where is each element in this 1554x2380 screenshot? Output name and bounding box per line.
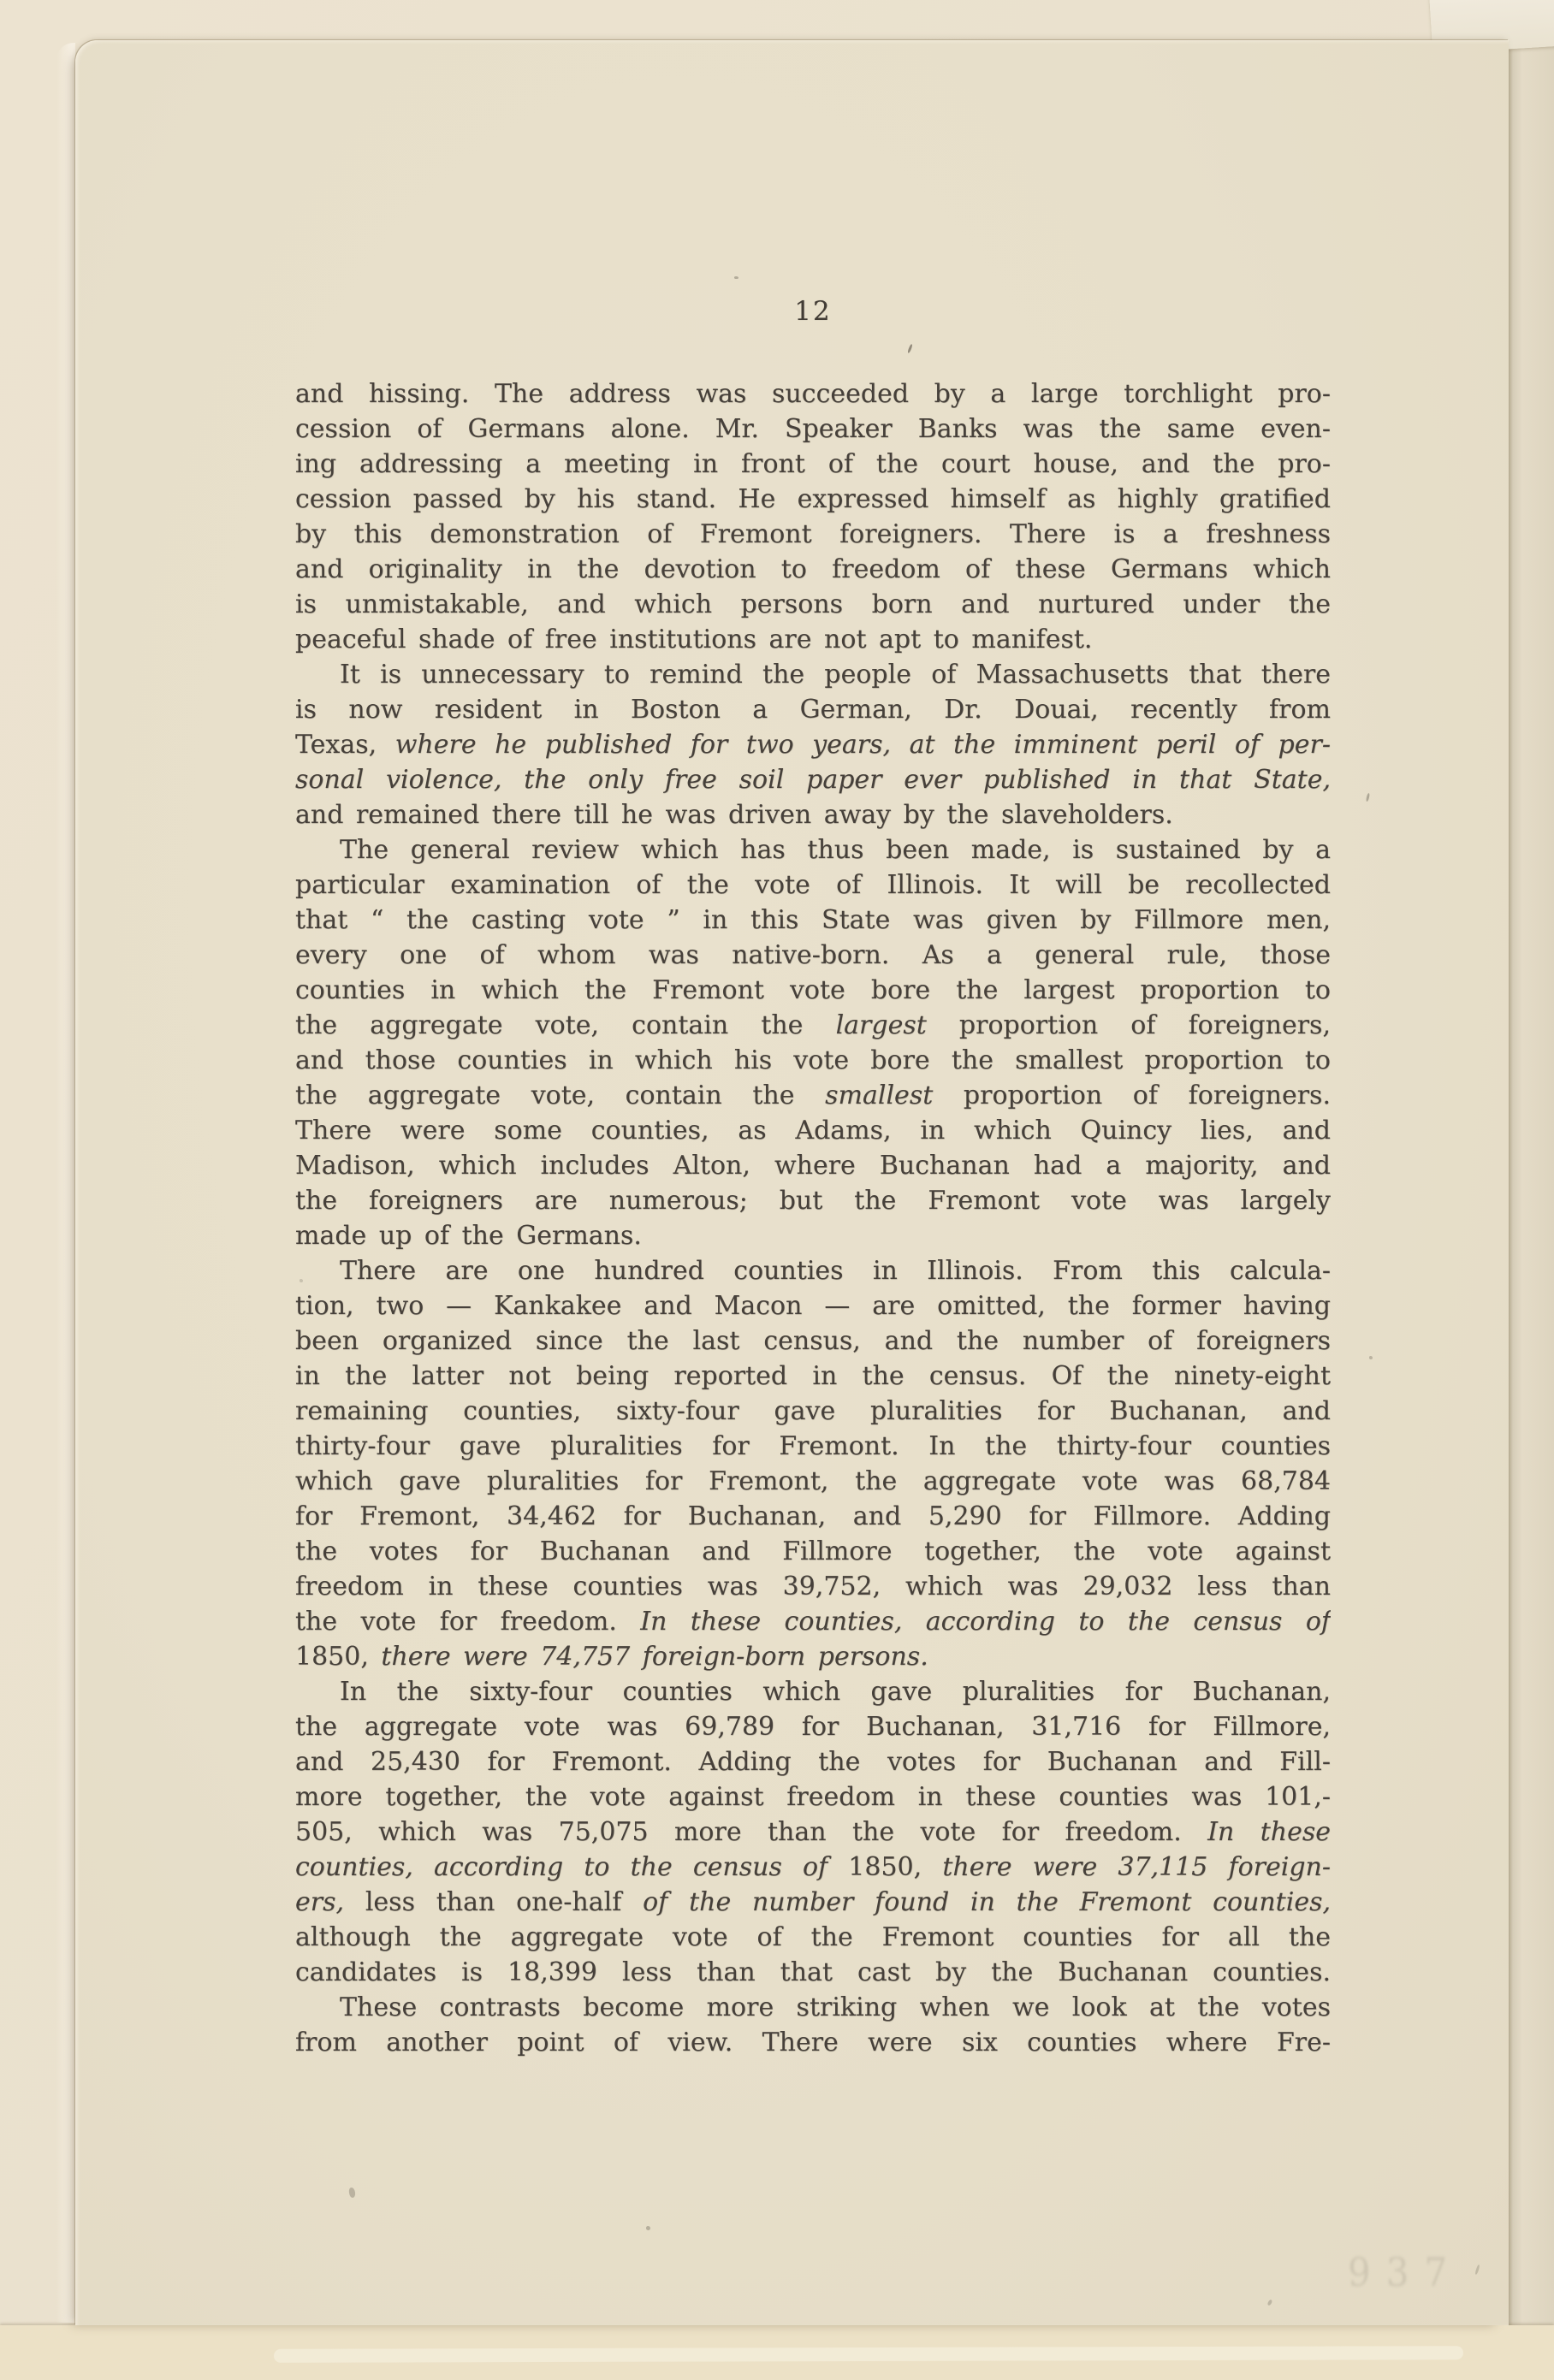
text-segment: less than one-half xyxy=(365,1887,643,1917)
italic-text-segment: smallest xyxy=(825,1080,933,1110)
text-segment: the foreigners are numerous; but the Fre… xyxy=(295,1186,1331,1216)
text-line: counties, according to the census of 185… xyxy=(295,1850,1331,1885)
text-line: the aggregate vote, contain the largest … xyxy=(295,1008,1331,1043)
text-line: the aggregate vote was 69,789 for Buchan… xyxy=(295,1709,1331,1744)
dust-speck xyxy=(646,2226,650,2230)
text-segment: made up of the Germans. xyxy=(295,1221,642,1251)
text-line: There are one hundred counties in Illino… xyxy=(295,1253,1331,1288)
text-segment: particular examination of the vote of Il… xyxy=(295,870,1331,900)
dust-speck xyxy=(1267,2299,1273,2306)
italic-text-segment: where he published for two years, at the… xyxy=(395,730,1331,760)
text-line: every one of whom was native-born. As a … xyxy=(295,938,1331,973)
text-line: the aggregate vote, contain the smallest… xyxy=(295,1078,1331,1113)
text-segment: more together, the vote against freedom … xyxy=(295,1782,1331,1812)
scan-bed-bottom xyxy=(0,2325,1554,2380)
text-segment: cession passed by his stand. He expresse… xyxy=(295,484,1331,514)
text-line: In the sixty-four counties which gave pl… xyxy=(295,1674,1331,1709)
text-line: tion, two — Kankakee and Macon — are omi… xyxy=(295,1288,1331,1323)
text-line: is unmistakable, and which persons born … xyxy=(295,587,1331,622)
text-segment: counties in which the Fremont vote bore … xyxy=(295,975,1331,1005)
text-segment: The general review which has thus been m… xyxy=(340,835,1331,865)
text-line: Texas, where he published for two years,… xyxy=(295,727,1331,762)
text-line: the vote for freedom. In these counties,… xyxy=(295,1604,1331,1639)
text-segment: every one of whom was native-born. As a … xyxy=(295,940,1331,970)
text-line: It is unnecessary to remind the people o… xyxy=(295,657,1331,692)
text-segment: that “ the casting vote ” in this State … xyxy=(295,905,1331,935)
text-segment: although the aggregate vote of the Fremo… xyxy=(295,1922,1331,1952)
text-segment: is unmistakable, and which persons born … xyxy=(295,589,1331,619)
text-line: Madison, which includes Alton, where Buc… xyxy=(295,1148,1331,1183)
text-segment: Madison, which includes Alton, where Buc… xyxy=(295,1151,1331,1181)
text-line: more together, the vote against freedom … xyxy=(295,1779,1331,1815)
dust-speck xyxy=(1474,2265,1480,2275)
text-segment: the aggregate vote, contain the xyxy=(295,1080,825,1110)
italic-text-segment: In these counties, according to the cens… xyxy=(640,1607,1331,1637)
italic-text-segment: counties, according to the census of xyxy=(295,1852,848,1882)
text-segment: In the sixty-four counties which gave pl… xyxy=(340,1677,1331,1707)
text-segment: the aggregate vote was 69,789 for Buchan… xyxy=(295,1712,1331,1742)
text-segment: is now resident in Boston a German, Dr. … xyxy=(295,695,1331,725)
text-segment: candidates is 18,399 less than that cast… xyxy=(295,1957,1331,1987)
text-line: is now resident in Boston a German, Dr. … xyxy=(295,692,1331,727)
text-line: and originality in the devotion to freed… xyxy=(295,552,1331,587)
scanned-document: { "document": { "kind": "scanned book pa… xyxy=(0,0,1554,2380)
text-line: made up of the Germans. xyxy=(295,1218,1331,1253)
text-line: cession of Germans alone. Mr. Speaker Ba… xyxy=(295,411,1331,447)
text-segment: been organized since the last census, an… xyxy=(295,1326,1331,1356)
text-line: and remained there till he was driven aw… xyxy=(295,797,1331,832)
adjacent-page-edge xyxy=(1509,0,1554,2353)
text-segment: freedom in these counties was 39,752, wh… xyxy=(295,1572,1331,1601)
text-segment: and remained there till he was driven aw… xyxy=(295,800,1173,830)
text-line: the votes for Buchanan and Fillmore toge… xyxy=(295,1534,1331,1569)
page-number: 12 xyxy=(295,294,1331,329)
text-line: and those counties in which his vote bor… xyxy=(295,1043,1331,1078)
text-line: freedom in these counties was 39,752, wh… xyxy=(295,1569,1331,1604)
text-segment: Texas, xyxy=(295,730,395,760)
text-line: ers, less than one-half of the number fo… xyxy=(295,1885,1331,1920)
text-segment: the votes for Buchanan and Fillmore toge… xyxy=(295,1536,1331,1566)
text-segment: There were some counties, as Adams, in w… xyxy=(295,1116,1331,1146)
text-block: and hissing. The address was succeeded b… xyxy=(295,376,1331,2060)
text-line: There were some counties, as Adams, in w… xyxy=(295,1113,1331,1148)
italic-text-segment: In these xyxy=(1207,1817,1331,1847)
text-line: and 25,430 for Fremont. Adding the votes… xyxy=(295,1744,1331,1779)
dust-speck xyxy=(1366,793,1370,802)
text-segment: the vote for freedom. xyxy=(295,1607,640,1637)
text-segment: in the latter not being reported in the … xyxy=(295,1361,1331,1391)
italic-text-segment: sonal violence, the only free soil paper… xyxy=(295,765,1331,795)
text-line: which gave pluralities for Fremont, the … xyxy=(295,1464,1331,1499)
text-segment: and 25,430 for Fremont. Adding the votes… xyxy=(295,1747,1331,1777)
text-line: from another point of view. There were s… xyxy=(295,2025,1331,2060)
text-line: although the aggregate vote of the Fremo… xyxy=(295,1920,1331,1955)
italic-text-segment: largest xyxy=(836,1010,927,1040)
text-segment: These contrasts become more striking whe… xyxy=(340,1992,1331,2022)
text-segment: tion, two — Kankakee and Macon — are omi… xyxy=(295,1291,1331,1321)
text-line: These contrasts become more striking whe… xyxy=(295,1990,1331,2025)
text-segment: 1850, xyxy=(848,1852,942,1882)
text-segment: and originality in the devotion to freed… xyxy=(295,554,1331,584)
text-line: 1850, there were 74,757 foreign-born per… xyxy=(295,1639,1331,1674)
text-line: in the latter not being reported in the … xyxy=(295,1359,1331,1394)
text-segment: It is unnecessary to remind the people o… xyxy=(340,660,1331,690)
text-segment: by this demonstration of Fremont foreign… xyxy=(295,519,1331,549)
text-line: been organized since the last census, an… xyxy=(295,1323,1331,1359)
text-line: the foreigners are numerous; but the Fre… xyxy=(295,1183,1331,1218)
text-segment: ing addressing a meeting in front of the… xyxy=(295,449,1331,479)
text-line: counties in which the Fremont vote bore … xyxy=(295,973,1331,1008)
dust-speck xyxy=(300,1279,303,1282)
bleedthrough-mark: 937 xyxy=(1348,2250,1462,2295)
text-line: by this demonstration of Fremont foreign… xyxy=(295,517,1331,552)
italic-text-segment: ers, xyxy=(295,1887,365,1917)
text-segment: proportion of foreigners, xyxy=(927,1010,1331,1040)
text-line: thirty-four gave pluralities for Fremont… xyxy=(295,1429,1331,1464)
text-line: ing addressing a meeting in front of the… xyxy=(295,447,1331,482)
dust-speck xyxy=(1369,1356,1373,1359)
italic-text-segment: there were 74,757 foreign-born persons. xyxy=(381,1642,928,1672)
dust-speck xyxy=(734,276,738,279)
text-line: The general review which has thus been m… xyxy=(295,832,1331,867)
text-segment: remaining counties, sixty-four gave plur… xyxy=(295,1396,1331,1426)
text-line: that “ the casting vote ” in this State … xyxy=(295,903,1331,938)
text-line: cession passed by his stand. He expresse… xyxy=(295,482,1331,517)
text-line: and hissing. The address was succeeded b… xyxy=(295,376,1331,411)
text-line: remaining counties, sixty-four gave plur… xyxy=(295,1394,1331,1429)
text-segment: the aggregate vote, contain the xyxy=(295,1010,836,1040)
text-segment: and hissing. The address was succeeded b… xyxy=(295,379,1331,409)
book-page: 12 and hissing. The address was succeede… xyxy=(75,40,1509,2325)
text-line: particular examination of the vote of Il… xyxy=(295,867,1331,903)
text-segment: thirty-four gave pluralities for Fremont… xyxy=(295,1431,1331,1461)
text-line: sonal violence, the only free soil paper… xyxy=(295,762,1331,797)
text-segment: peaceful shade of free institutions are … xyxy=(295,625,1092,654)
text-segment: from another point of view. There were s… xyxy=(295,2028,1331,2057)
page-left-edge-highlight xyxy=(56,43,75,2323)
text-segment: There are one hundred counties in Illino… xyxy=(340,1256,1331,1286)
text-segment: 505, which was 75,075 more than the vote… xyxy=(295,1817,1207,1847)
underlying-page-edge xyxy=(274,2346,1463,2363)
text-line: for Fremont, 34,462 for Buchanan, and 5,… xyxy=(295,1499,1331,1534)
text-segment: which gave pluralities for Fremont, the … xyxy=(295,1466,1331,1496)
text-line: peaceful shade of free institutions are … xyxy=(295,622,1331,657)
text-segment: 1850, xyxy=(295,1642,381,1672)
dust-speck xyxy=(907,344,913,353)
dust-speck xyxy=(348,2188,356,2199)
text-segment: for Fremont, 34,462 for Buchanan, and 5,… xyxy=(295,1501,1331,1531)
text-segment: proportion of foreigners. xyxy=(933,1080,1331,1110)
text-segment: cession of Germans alone. Mr. Speaker Ba… xyxy=(295,414,1331,444)
italic-text-segment: there were 37,115 foreign- xyxy=(942,1852,1331,1882)
text-line: 505, which was 75,075 more than the vote… xyxy=(295,1815,1331,1850)
text-line: candidates is 18,399 less than that cast… xyxy=(295,1955,1331,1990)
italic-text-segment: of the number found in the Fremont count… xyxy=(643,1887,1331,1917)
text-segment: and those counties in which his vote bor… xyxy=(295,1045,1331,1075)
